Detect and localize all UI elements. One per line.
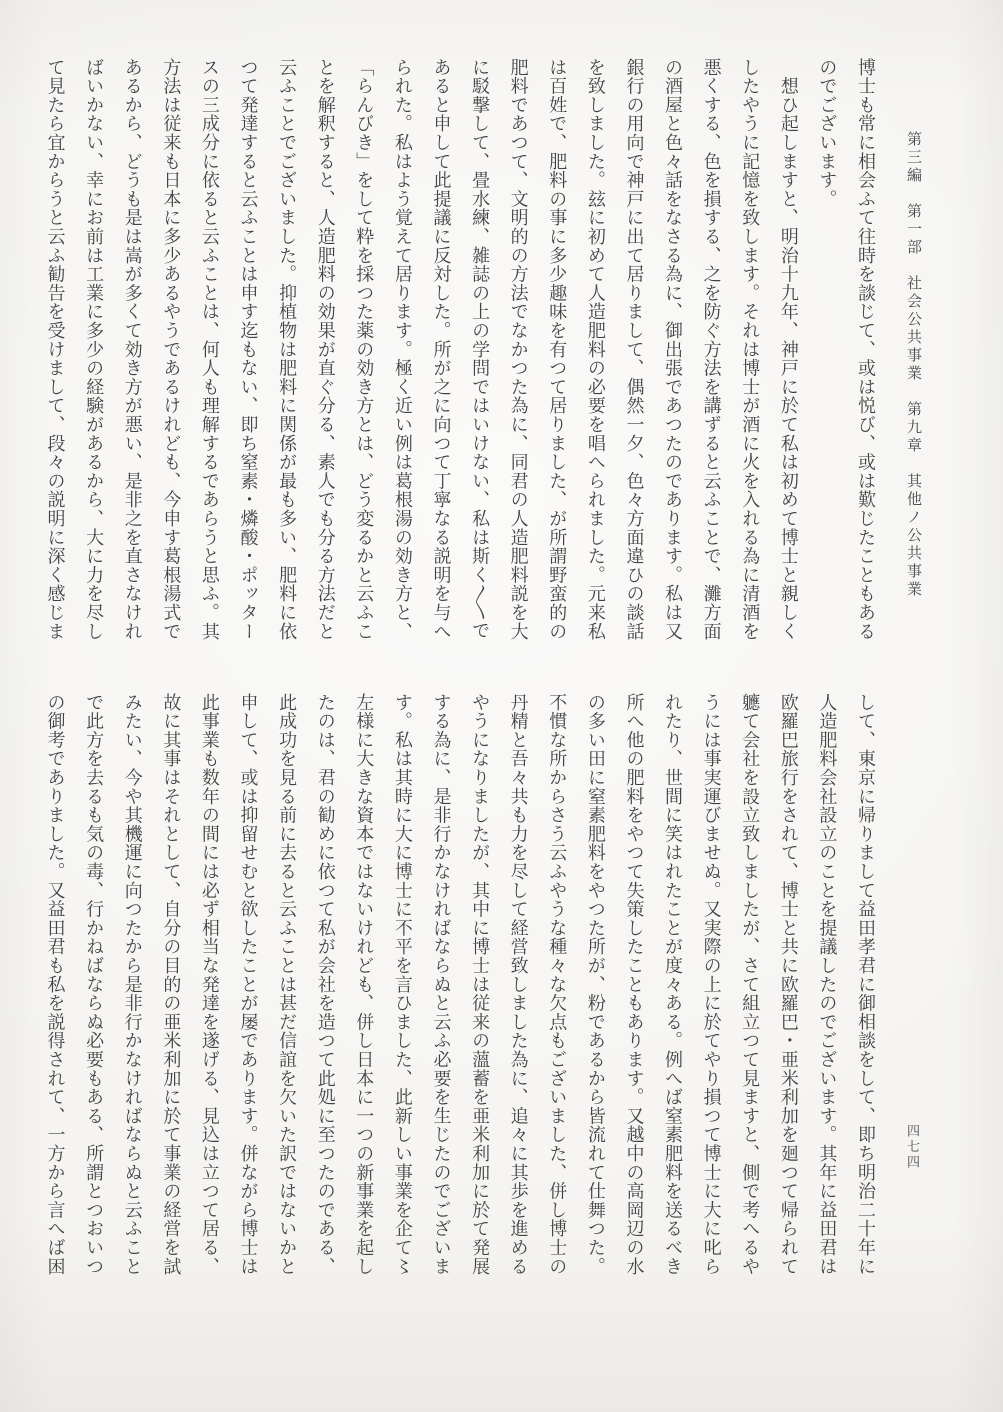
page-number: 四七四 xyxy=(899,1124,925,1194)
text-column: あると申して此提議に反対した。所が之に向つて丁寧なる説明を与へ xyxy=(422,58,461,648)
text-column: 不慣な所からさう云ふやうな種々な欠点もございました、併し博士の xyxy=(538,693,577,1283)
text-column: 「らんびき」をして粋を採つた薬の効き方とは、どう変るかと云ふこ xyxy=(345,58,384,648)
text-column: 欧羅巴旅行をされて、博士と共に欧羅巴・亜米利加を廻つて帰られて xyxy=(769,693,808,1283)
text-column: の酒屋と色々話をなさる為に、御出張であつたのであります。私は又 xyxy=(653,58,692,648)
scanned-book-page: 第三編 第一部 社会公共事業 第九章 其他ノ公共事業 博士も常に相会ふて往時を談… xyxy=(0,0,1003,1412)
text-column: つて発達すると云ふことは申す迄もない、即ち窒素・燐酸・ポッター xyxy=(229,58,268,648)
text-column: 故に其事はそれとして、自分の目的の亜米利加に於て事業の経営を試 xyxy=(152,693,191,1283)
text-column: 此事業も数年の間には必ず相当な発達を遂げる、見込は立つて居る、 xyxy=(190,693,229,1283)
text-column: 悪くする、色を損する、之を防ぐ方法を講ずると云ふことで、灘方面 xyxy=(692,58,731,648)
text-column: れたり、世間に笑はれたことが度々ある。例へば窒素肥料を送るべき xyxy=(653,693,692,1283)
text-column: 所へ他の肥料をやつて失策したこともあります。又越中の高岡辺の水 xyxy=(615,693,654,1283)
text-column: す。私は其時に大に博士に不平を言ひました、此新しい事業を企て〻 xyxy=(383,693,422,1283)
text-column: て見たら宜からうと云ふ勧告を受けまして、段々の説明に深く感じま xyxy=(36,58,75,648)
text-column: したやうに記憶を致します。それは博士が酒に火を入れる為に清酒を xyxy=(731,58,770,648)
text-block-bottom: して、東京に帰りまして益田孝君に御相談をして、即ち明治二十年に人造肥料会社設立の… xyxy=(35,693,885,1285)
text-column: スの三成分に依ると云ふことは、何人も理解するであらうと思ふ。其 xyxy=(190,58,229,648)
text-column: に駁撃して、畳水練、雑誌の上の学問ではいけない、私は斯く〱で xyxy=(460,58,499,648)
text-column: ばいかない、幸にお前は工業に多少の経験があるから、大に力を尽し xyxy=(75,58,114,648)
text-column: 左様に大きな資本ではないけれども、併し日本に一つの新事業を起し xyxy=(345,693,384,1283)
text-column: みたい、今や其機運に向つたから是非行かなければならぬと云ふこと xyxy=(113,693,152,1283)
text-column: 軈て会社を設立致しましたが、さて組立つて見ますと、側で考へるや xyxy=(731,693,770,1283)
running-header: 第三編 第一部 社会公共事業 第九章 其他ノ公共事業 xyxy=(896,131,930,651)
text-column: する為に、是非行かなければならぬと云ふ必要を生じたのでございま xyxy=(422,693,461,1283)
text-column: の多い田に窒素肥料をやつた所が、粉であるから皆流れて仕舞つた。 xyxy=(576,693,615,1283)
text-column: 丹精と吾々共も力を尽して経営致しました為に、追々に其歩を進める xyxy=(499,693,538,1283)
text-column: 方法は従来も日本に多少あるやうであるけれども、今申す葛根湯式で xyxy=(152,58,191,648)
text-column: 銀行の用向で神戸に出て居りまして、偶然一夕、色々方面違ひの談話 xyxy=(615,58,654,648)
text-column: 云ふことでございました。抑植物は肥料に関係が最も多い、肥料に依 xyxy=(268,58,307,648)
text-column: 想ひ起しますと、明治十九年、神戸に於て私は初めて博士と親しく xyxy=(769,58,808,648)
text-column: して、東京に帰りまして益田孝君に御相談をして、即ち明治二十年に xyxy=(846,693,885,1283)
text-column: られた。私はよう覚えて居ります。極く近い例は葛根湯の効き方と、 xyxy=(383,58,422,648)
text-column: 肥料であつて、文明的の方法でなかつた為に、同君の人造肥料説を大 xyxy=(499,58,538,648)
text-column: 人造肥料会社設立のことを提議したのでございます。其年に益田君は xyxy=(808,693,847,1283)
text-column: とを解釈すると、人造肥料の効果が直ぐ分る、素人でも分る方法だと xyxy=(306,58,345,648)
text-column: やうになりましたが、其中に博士は従来の薀蓄を亜米利加に於て発展 xyxy=(460,693,499,1283)
text-column: たのは、君の勧めに依つて私が会社を造つて此処に至つたのである、 xyxy=(306,693,345,1283)
text-block-top: 博士も常に相会ふて往時を談じて、或は悦び、或は歎じたこともあるのでございます。 … xyxy=(35,58,885,650)
text-column: のでございます。 xyxy=(808,58,847,648)
text-column: 此成功を見る前に去ると云ふことは甚だ信誼を欠いた訳ではないかと xyxy=(268,693,307,1283)
text-column: は百姓で、肥料の事に多少趣味を有つて居りました、が所謂野蛮的の xyxy=(538,58,577,648)
text-column: 申して、或は抑留せむと欲したことが屡であります。併ながら博士は xyxy=(229,693,268,1283)
text-column: あるから、どうも是は嵩が多くて効き方が悪い、是非之を直さなけれ xyxy=(113,58,152,648)
text-column: うには事実運びませぬ。又実際の上に於てやり損つて博士に大に叱ら xyxy=(692,693,731,1283)
text-column: 博士も常に相会ふて往時を談じて、或は悦び、或は歎じたこともある xyxy=(846,58,885,648)
text-column: を致しました。玆に初めて人造肥料の必要を唱へられました。元来私 xyxy=(576,58,615,648)
text-column: の御考でありました。又益田君も私を説得されて、一方から言へば困 xyxy=(36,693,75,1283)
text-column: で此方を去るも気の毒、行かねばならぬ必要もある、所謂とつおいつ xyxy=(75,693,114,1283)
